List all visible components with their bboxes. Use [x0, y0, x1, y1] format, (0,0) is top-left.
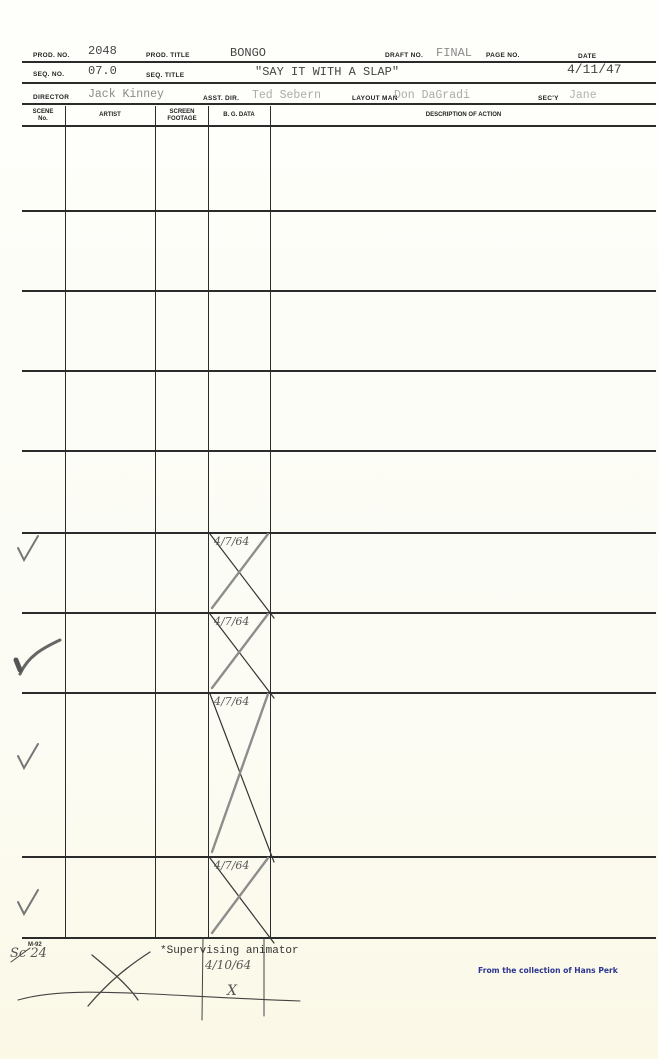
- director-value: Jack Kinney: [88, 88, 164, 101]
- header-rule-2: [22, 82, 656, 84]
- seq-title-value: "SAY IT WITH A SLAP": [255, 65, 399, 79]
- prod-title-value: BONGO: [230, 46, 266, 60]
- cross-out-stroke: [212, 614, 268, 688]
- date-label: Date: [578, 53, 596, 60]
- column-divider: [65, 106, 66, 937]
- draft-no-value: FINAL: [436, 46, 472, 60]
- row-rule: [22, 210, 656, 212]
- handwritten-date: 4/10/64: [205, 958, 251, 972]
- cross-out-stroke: [212, 858, 268, 933]
- column-divider: [270, 106, 271, 937]
- page-no-label: Page No.: [486, 52, 520, 59]
- row-rule: [22, 856, 656, 858]
- cross-out-stroke: [210, 858, 274, 943]
- column-header-rule: [22, 125, 656, 127]
- seq-title-label: Seq. Title: [146, 72, 184, 79]
- cross-out-stroke: [212, 534, 268, 608]
- col-scene-no: SCENE No.: [22, 109, 64, 123]
- collection-credit: From the collection of Hans Perk: [478, 966, 618, 975]
- cross-out-stroke: [210, 694, 274, 862]
- layout-man-value: Don DaGradi: [394, 89, 470, 102]
- col-screen-footage: SCREEN FOOTAGE: [156, 109, 208, 123]
- checkmark-icon: [18, 890, 38, 914]
- cross-out-stroke: [210, 614, 274, 698]
- column-divider: [155, 106, 156, 937]
- cross-out-date: 4/7/64: [213, 615, 249, 628]
- cross-out-date: 4/7/64: [213, 535, 249, 548]
- footnote-supervising-animator: *Supervising animator: [160, 945, 299, 957]
- checkmark-icon: [18, 536, 38, 560]
- row-rule: [22, 370, 656, 372]
- cross-out-stroke: [210, 534, 274, 618]
- cross-out-date: 4/7/64: [213, 695, 249, 708]
- asst-dir-label: Asst. Dir.: [203, 95, 239, 102]
- prod-title-label: Prod. Title: [146, 52, 190, 59]
- seq-no-value: 07.0: [88, 64, 117, 78]
- handwritten-x-stroke: [92, 955, 138, 1000]
- date-value: 4/11/47: [567, 62, 622, 77]
- row-rule: [22, 692, 656, 694]
- row-rule: [22, 612, 656, 614]
- header-rule-3: [22, 103, 656, 105]
- prod-no-label: Prod. No.: [33, 52, 70, 59]
- prod-no-value: 2048: [88, 44, 117, 58]
- checkmark-icon: [20, 640, 60, 674]
- layout-man-label: Layout Man: [352, 95, 398, 102]
- checkmark-icon: [16, 660, 20, 670]
- handwritten-underline: [18, 992, 300, 1001]
- production-draft-sheet: Prod. No. 2048 Prod. Title BONGO Draft N…: [0, 0, 658, 1059]
- director-label: Director: [33, 94, 69, 101]
- seq-no-label: Seq. No.: [33, 71, 64, 78]
- asst-dir-value: Ted Sebern: [252, 89, 321, 102]
- pencil-annotations: 4/7/644/7/644/7/644/7/64: [0, 0, 658, 1059]
- header-rule-1: [22, 61, 656, 63]
- draft-no-label: Draft No.: [385, 52, 423, 59]
- secy-label: Sec'y: [538, 95, 559, 102]
- checkmark-icon: [18, 744, 38, 768]
- cross-out-date: 4/7/64: [213, 859, 249, 872]
- col-description: DESCRIPTION OF ACTION: [271, 112, 656, 119]
- col-artist: ARTIST: [66, 112, 154, 119]
- handwritten-scene-note: Sc 24: [10, 946, 47, 961]
- handwritten-x-stroke: [88, 952, 150, 1006]
- footer-rule: [22, 937, 656, 939]
- row-rule: [22, 532, 656, 534]
- column-divider: [208, 106, 209, 937]
- row-rule: [22, 450, 656, 452]
- row-rule: [22, 290, 656, 292]
- handwritten-x: X: [227, 983, 237, 999]
- secy-value: Jane: [569, 89, 597, 102]
- col-bg-data: B. G. DATA: [209, 112, 269, 119]
- cross-out-stroke: [212, 694, 268, 852]
